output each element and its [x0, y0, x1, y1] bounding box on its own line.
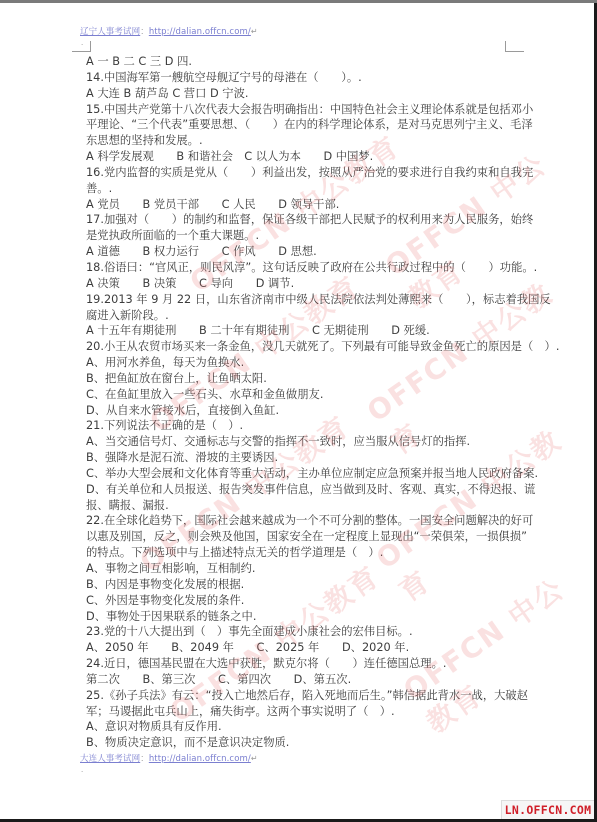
document-line: 第二次 B、第三次 C、第四次 D、第五次. [86, 672, 516, 688]
paragraph-mark: ↵ [251, 27, 258, 36]
document-line: 20.小王从农贸市场买来一条金鱼，没几天就死了。下列最有可能导致金鱼死亡的原因是… [86, 339, 516, 355]
document-line: 14.中国海军第一艘航空母舰辽宁号的母港在（ ）。. [86, 70, 516, 86]
document-line: 平理论、“三个代表”重要思想、（ ）在内的科学理论体系，是对马克思列宁主义、毛泽 [86, 117, 516, 133]
document-line: A 十五年有期徒刑 B 二十年有期徒刑 C 无期徒刑 D 死缓. [86, 323, 516, 339]
document-line: 18.俗语曰：“官风正，则民风淳”。这句话反映了政府在公共行政过程中的（ ）功能… [86, 260, 516, 276]
document-line: 报、瞒报、漏报. [86, 498, 516, 514]
document-line: A 一 B 二 C 三 D 四. [86, 54, 516, 70]
document-line: 22.在全球化趋势下，国际社会越来越成为一个不可分割的整体。一国安全问题解决的好… [86, 513, 516, 529]
document-line: 19.2013 年 9 月 22 日，山东省济南市中级人民法院依法判处薄熙来（ … [86, 292, 516, 308]
document-line: 24.近日，德国基民盟在大选中获胜，默克尔将（ ）连任德国总理。. [86, 656, 516, 672]
document-line: A 科学发展观 B 和谐社会 C 以人为本 D 中国梦. [86, 149, 516, 165]
document-line: 21.下列说法不正确的是（ ）. [86, 418, 516, 434]
document-line: B、把鱼缸放在窗台上，让鱼晒太阳. [86, 371, 516, 387]
header-separator: ： [140, 27, 149, 37]
document-line: A、意识对物质具有反作用. [86, 719, 516, 735]
footer-separator: ： [140, 754, 149, 764]
document-line: A 决策 B 决策 C 导向 D 调节. [86, 276, 516, 292]
document-line: 东思想的坚持和发展。. [86, 133, 516, 149]
site-badge: LN.OFFCN.COM [501, 800, 594, 819]
document-line: B、物质决定意识，而不是意识决定物质. [86, 735, 516, 751]
document-line: B、强降水是泥石流、滑坡的主要诱因. [86, 450, 516, 466]
paragraph-mark: . [81, 766, 83, 774]
document-line: 17.加强对（ ）的制约和监督，保证各级干部把人民赋予的权利用来为人民服务，始终 [86, 212, 516, 228]
document-line: 的特点。下列选项中与上描述特点无关的哲学道理是（ ）. [86, 545, 516, 561]
document-line: D、有关单位和人员报送、报告突发事件信息，应当做到及时、客观、真实，不得迟报、谎 [86, 482, 516, 498]
document-line: 15.中国共产党第十八次代表大会报告明确指出：中国特色社会主义理论体系就是包括邓… [86, 102, 516, 118]
document-line: 善。. [86, 181, 516, 197]
page-footer: 大连人事考试网：http://dalian.offcn.com/↵ [80, 752, 258, 764]
document-line: A、当交通信号灯、交通标志与交警的指挥不一致时，应当服从信号灯的指挥. [86, 434, 516, 450]
header-url-link[interactable]: http://dalian.offcn.com/ [149, 27, 251, 37]
document-line: 腐进入新阶段。. [86, 308, 516, 324]
footer-site-name-link[interactable]: 大连人事考试网 [80, 754, 140, 764]
document-line: B、内因是事物变化发展的根据. [86, 577, 516, 593]
document-line: C、外因是事物变化发展的条件. [86, 593, 516, 609]
document-line: D、从自来水管接水后，直接倒入鱼缸. [86, 403, 516, 419]
document-line: C、在鱼缸里放入一些石头、水草和金鱼做朋友. [86, 387, 516, 403]
document-line: 25.《孙子兵法》有云：“投入亡地然后存，陷入死地而后生。”韩信据此背水一战，大… [86, 688, 516, 704]
document-line: A 道德 B 权力运行 C 作风 D 思想. [86, 244, 516, 260]
document-line: 23.党的十八大提出到（ ）事先全面建成小康社会的宏伟目标。. [86, 624, 516, 640]
document-line: 以惠及别国，反之，则会殃及他国，国家安全在一定程度上显现出“一荣俱荣，一损俱损” [86, 529, 516, 545]
document-line: 是党执政所面临的一个重大课题。. [86, 228, 516, 244]
paragraph-mark: . [81, 39, 83, 47]
document-page: 辽宁人事考试网：http://dalian.offcn.com/↵ . A 一 … [0, 3, 594, 819]
document-line: A 大连 B 葫芦岛 C 营口 D 宁波. [86, 86, 516, 102]
page-header: 辽宁人事考试网：http://dalian.offcn.com/↵ [80, 25, 258, 37]
document-line: A、用河水养鱼，每天为鱼换水. [86, 355, 516, 371]
document-line: 16.党内监督的实质是党从（ ）利益出发，按照从严治党的要求进行自我约束和自我完 [86, 165, 516, 181]
document-line: C、举办大型会展和文化体育等重大活动，主办单位应制定应急预案并报当地人民政府备案… [86, 466, 516, 482]
document-body[interactable]: A 一 B 二 C 三 D 四.14.中国海军第一艘航空母舰辽宁号的母港在（ ）… [86, 54, 516, 751]
footer-url-link[interactable]: http://dalian.offcn.com/ [149, 754, 251, 764]
paragraph-mark: ↵ [251, 754, 258, 763]
margin-corner-top-right [505, 41, 524, 52]
document-line: A、事物之间互相影响，互相制约. [86, 561, 516, 577]
document-line: A 党员 B 党员干部 C 人民 D 领导干部. [86, 197, 516, 213]
document-line: A、2050 年 B、2049 年 C、2025 年 D、2020 年. [86, 640, 516, 656]
document-line: 军；马谡据此屯兵山上，痛失街亭。这两个事实说明了（ ）. [86, 704, 516, 720]
header-site-name-link[interactable]: 辽宁人事考试网 [80, 27, 140, 37]
document-line: D、事物处于因果联系的链条之中. [86, 609, 516, 625]
